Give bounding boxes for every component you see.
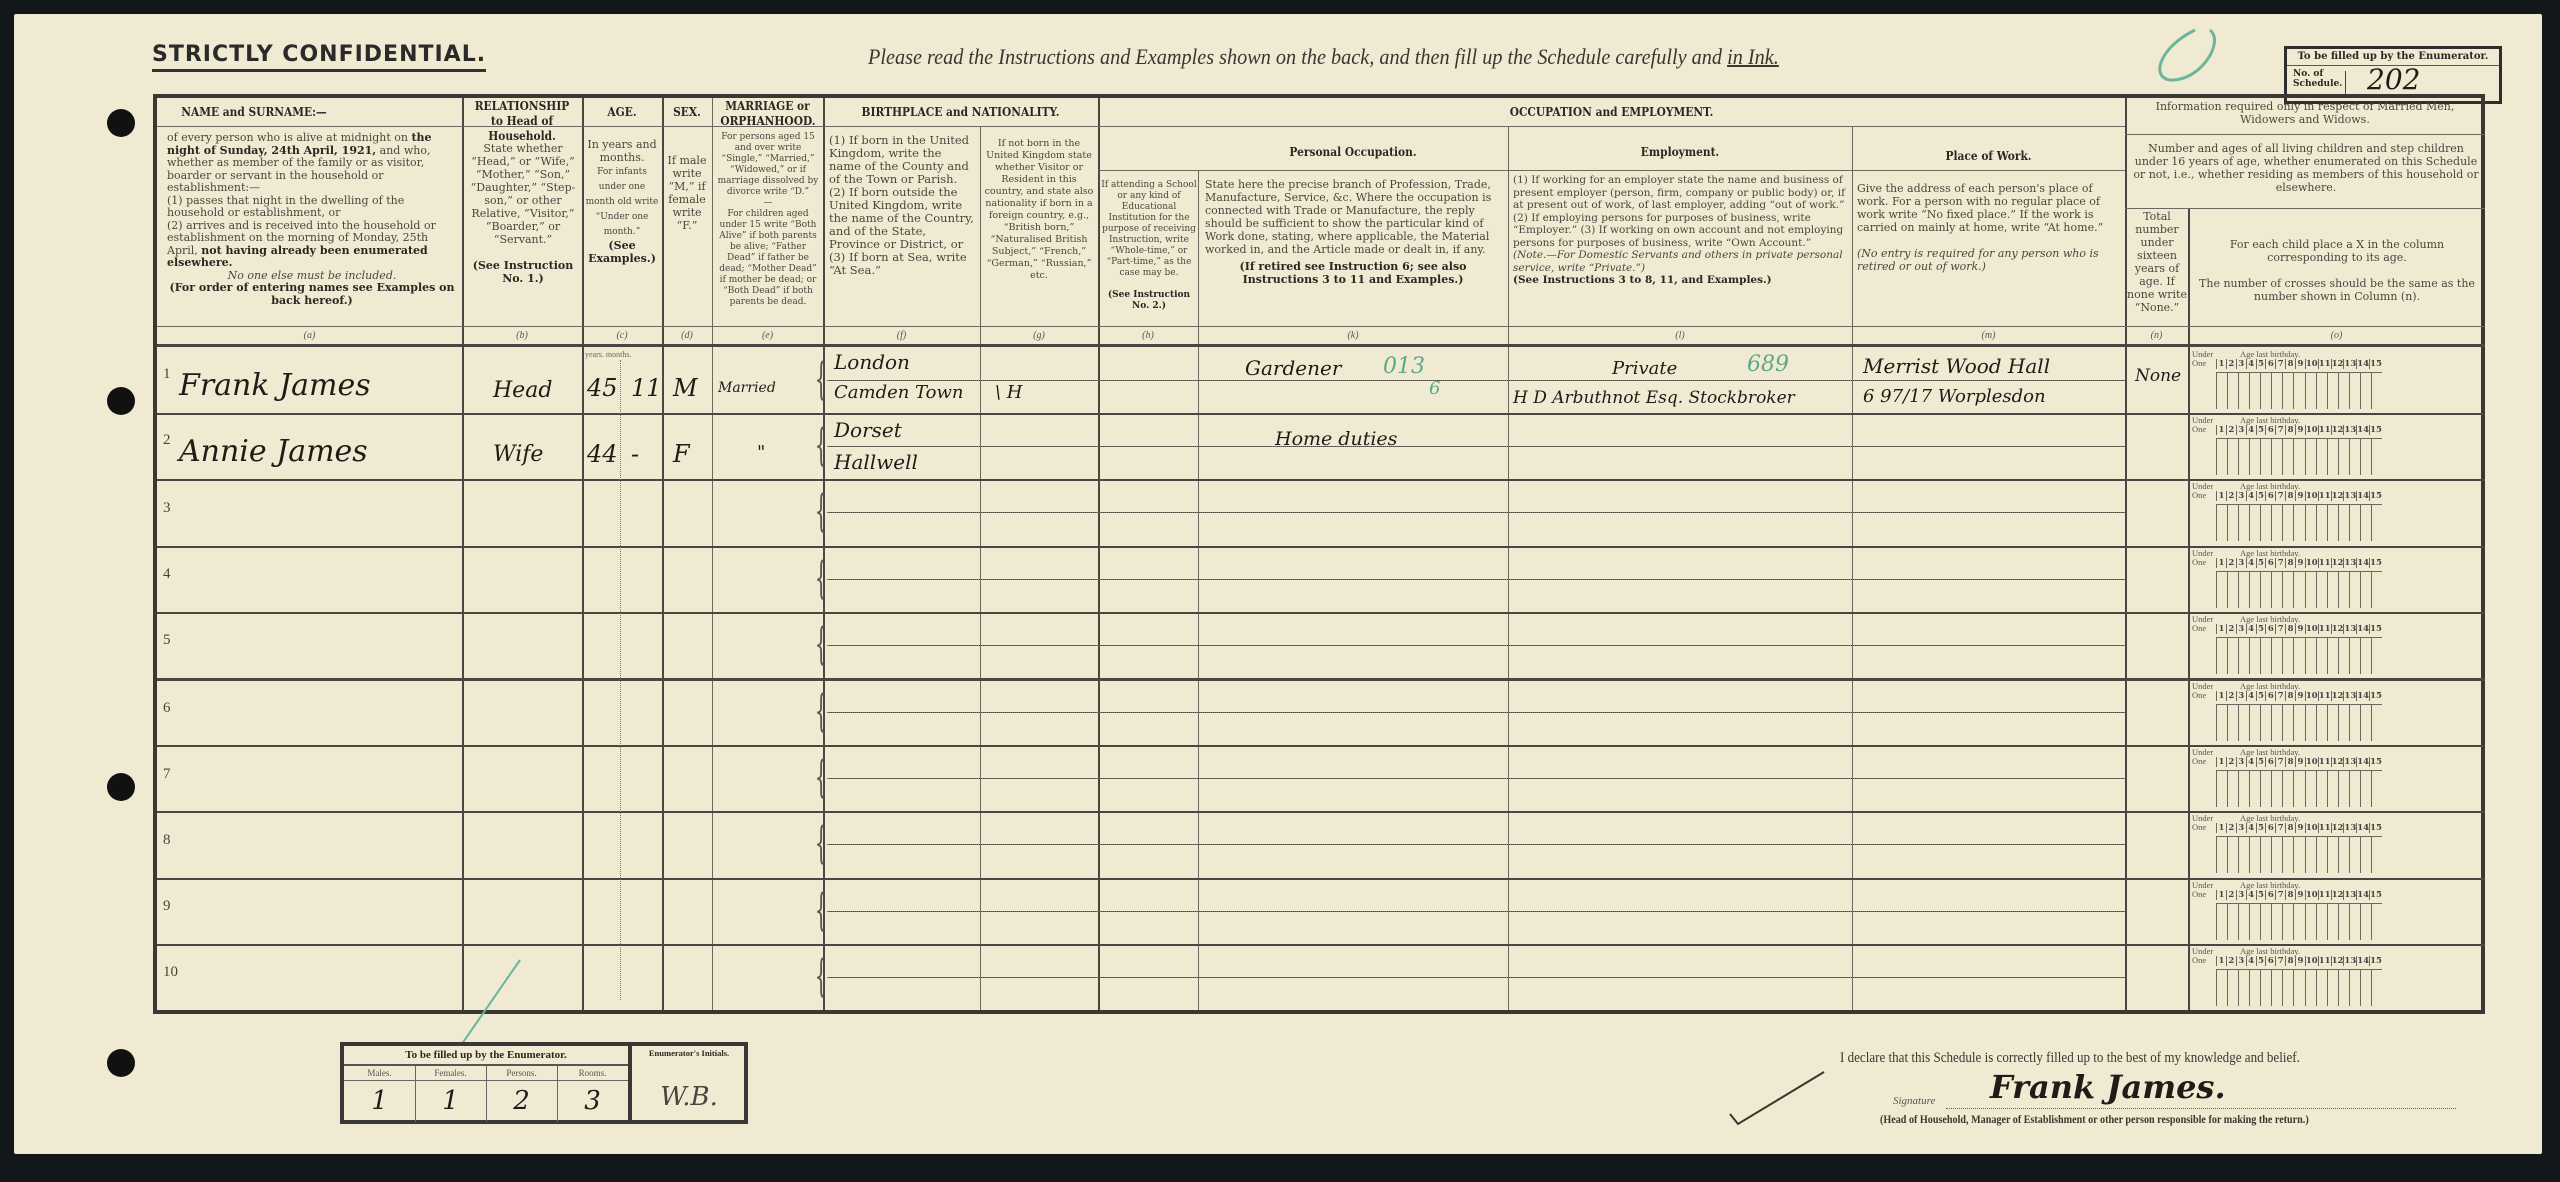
checkmark-icon [1728, 1068, 1828, 1128]
brace: { [815, 822, 828, 866]
row1-birthplace-mark: \ H [995, 382, 1022, 403]
children-age-grid[interactable]: UnderOneAge last birthday.12345678910111… [2190, 415, 2382, 479]
header-marriage: MARRIAGE or ORPHANHOOD. [720, 98, 814, 128]
row2-marriage[interactable]: " [757, 442, 765, 463]
column-letter-f: (f) [823, 330, 980, 341]
column-letter-d: (d) [662, 330, 712, 341]
column-letter-c: (c) [582, 330, 662, 341]
signature-label: Signature [1893, 1095, 1935, 1107]
row1-relationship[interactable]: Head [493, 378, 552, 403]
row2-relationship[interactable]: Wife [493, 442, 543, 467]
signature-line [1946, 1108, 2456, 1109]
occupation-instructions: State here the precise branch of Profess… [1205, 178, 1501, 286]
row1-employment[interactable]: Private [1612, 358, 1677, 379]
enumerator-tally-box: To be filled up by the Enumerator. Enume… [340, 1042, 748, 1124]
brace: { [815, 690, 828, 734]
dotted-guide [827, 712, 2125, 713]
row-number: 6 [163, 700, 171, 717]
row-divider [157, 612, 2485, 614]
row1-workplace-line1[interactable]: Merrist Wood Hall [1863, 354, 2050, 378]
row1-birthplace-county[interactable]: London [834, 350, 910, 374]
row1-age-years[interactable]: 45 [587, 374, 618, 402]
divider [157, 344, 2485, 347]
row1-workplace-line2[interactable]: 6 97/17 Worplesdon [1863, 386, 2046, 407]
enumerator-box-header: To be filled up by the Enumerator. [344, 1046, 628, 1066]
declaration-text: I declare that this Schedule is correctl… [1840, 1050, 2300, 1067]
divider [1098, 98, 1100, 1010]
row2-age-months[interactable]: - [631, 440, 639, 468]
dotted-guide [827, 977, 2125, 978]
row1-sex[interactable]: M [673, 374, 698, 402]
children-age-grid[interactable]: UnderOneAge last birthday.12345678910111… [2190, 813, 2382, 877]
rooms-label: Rooms. [557, 1068, 628, 1078]
header-married-info: Information required only in respect of … [2129, 100, 2481, 126]
column-letter-o: (o) [2188, 330, 2485, 341]
dotted-guide [827, 645, 2125, 646]
row-divider [157, 678, 2485, 681]
brace: { [815, 756, 828, 800]
row1-marriage[interactable]: Married [718, 380, 776, 396]
row1-birthplace-town[interactable]: Camden Town [834, 382, 964, 403]
dotted-guide [827, 446, 2125, 447]
punch-hole [107, 387, 135, 415]
row1-name[interactable]: Frank James [179, 368, 371, 403]
instruction-text: Please read the Instructions and Example… [868, 44, 1727, 69]
column-letter-a: (a) [157, 330, 462, 341]
name-instructions: of every person who is alive at midnight… [167, 132, 457, 307]
row-number: 7 [163, 766, 171, 783]
row1-occupation-code2: 6 [1429, 378, 1440, 399]
row-number: 10 [163, 964, 178, 981]
divider [2125, 134, 2485, 135]
in-ink-underlined: in Ink. [1727, 44, 1779, 69]
children-age-grid[interactable]: UnderOneAge last birthday.12345678910111… [2190, 880, 2382, 944]
age-instructions: In years and months.For infants under on… [585, 138, 659, 265]
females-label: Females. [415, 1068, 486, 1078]
brace: { [815, 889, 828, 933]
signature[interactable]: Frank James. [1990, 1068, 2226, 1106]
females-value[interactable]: 1 [415, 1086, 486, 1116]
persons-label: Persons. [486, 1068, 557, 1078]
children-age-grid[interactable]: UnderOneAge last birthday.12345678910111… [2190, 614, 2382, 678]
place-of-work-instructions: Give the address of each person's place … [1857, 182, 2119, 273]
children-age-grid[interactable]: UnderOneAge last birthday.12345678910111… [2190, 548, 2382, 612]
signature-caption: (Head of Household, Manager of Establish… [1880, 1114, 2309, 1126]
row2-name[interactable]: Annie James [179, 434, 368, 469]
brace: { [815, 623, 828, 667]
header-relationship: RELATIONSHIP to Head of Household. [468, 98, 575, 143]
marriage-instructions: For persons aged 15 and over write “Sing… [715, 132, 821, 308]
divider [462, 98, 464, 1010]
punch-hole [107, 773, 135, 801]
dotted-guide [620, 360, 621, 1000]
dotted-guide [827, 911, 2125, 912]
row-number: 5 [163, 632, 171, 649]
children-ages-instructions: For each child place a X in the column c… [2197, 238, 2477, 303]
children-age-grid[interactable]: UnderOneAge last birthday.12345678910111… [2190, 481, 2382, 545]
education-instructions: If attending a School or any kind of Edu… [1101, 180, 1197, 312]
column-letter-e: (e) [712, 330, 823, 341]
column-letter-b: (b) [462, 330, 582, 341]
relationship-instructions: State whether “Head,” or “Wife,” “Mother… [467, 142, 579, 285]
dotted-guide [827, 778, 2125, 779]
row-divider [157, 745, 2485, 747]
punch-hole [107, 109, 135, 137]
males-value[interactable]: 1 [344, 1086, 415, 1116]
row2-occupation[interactable]: Home duties [1275, 428, 1397, 450]
sex-instructions: If male write “M,” if female write “F.” [664, 154, 710, 232]
divider [582, 98, 584, 1010]
row-number: 8 [163, 832, 171, 849]
row1-employment-code: 689 [1747, 352, 1789, 377]
row-number: 2 [163, 432, 171, 449]
census-table: NAME and SURNAME:— RELATIONSHIP to Head … [153, 94, 2485, 1014]
row-divider [157, 413, 2485, 415]
row2-age-years[interactable]: 44 [587, 440, 618, 468]
row-divider [157, 878, 2485, 880]
column-letter-k: (k) [1198, 330, 1508, 341]
dotted-guide [827, 380, 2125, 381]
children-age-grid[interactable]: UnderOneAge last birthday.12345678910111… [2190, 681, 2382, 745]
row-number: 4 [163, 566, 171, 583]
column-letter-h: (h) [1098, 330, 1198, 341]
row2-sex[interactable]: F [673, 440, 690, 468]
brace: { [815, 557, 828, 601]
brace: { [815, 955, 828, 999]
column-letter-m: (m) [1852, 330, 2125, 341]
column-letter-g: (g) [980, 330, 1098, 341]
row1-occupation-code: 013 [1383, 354, 1425, 379]
divider [2345, 71, 2346, 95]
header-place-of-work: Place of Work. [1872, 148, 2104, 163]
children-age-grid[interactable]: UnderOneAge last birthday.12345678910111… [2190, 747, 2382, 811]
males-label: Males. [344, 1068, 415, 1078]
strictly-confidential-heading: STRICTLY CONFIDENTIAL. [152, 42, 486, 72]
header-occupation: OCCUPATION and EMPLOYMENT. [1175, 104, 2048, 119]
header-age: AGE. [588, 104, 656, 119]
row2-birthplace-town[interactable]: Hallwell [834, 450, 918, 474]
instruction-line: Please read the Instructions and Example… [868, 44, 1779, 70]
brace: { [815, 424, 828, 468]
divider [1098, 170, 2125, 171]
row1-children-total[interactable]: None [2135, 366, 2181, 386]
rooms-value[interactable]: 3 [557, 1086, 628, 1116]
birthplace-instructions: (1) If born in the United Kingdom, write… [829, 134, 977, 277]
dotted-guide [827, 579, 2125, 580]
nationality-instructions: If not born in the United Kingdom state … [983, 138, 1095, 282]
brace: { [815, 490, 828, 534]
row-number: 9 [163, 898, 171, 915]
header-children-info: Number and ages of all living children a… [2132, 142, 2480, 194]
children-age-grid[interactable]: UnderOneAge last birthday.12345678910111… [2190, 946, 2382, 1010]
punch-hole [107, 1049, 135, 1077]
row-divider [157, 811, 2485, 813]
row1-occupation[interactable]: Gardener [1245, 356, 1341, 380]
row2-birthplace-county[interactable]: Dorset [834, 418, 902, 442]
dotted-guide [827, 512, 2125, 513]
dotted-guide [827, 844, 2125, 845]
row-number: 3 [163, 500, 171, 517]
divider [712, 98, 713, 1010]
column-letter-l: (l) [1508, 330, 1852, 341]
row-divider [157, 546, 2485, 548]
header-name: NAME and SURNAME:— [173, 104, 352, 119]
schedule-number-value[interactable]: 202 [2367, 63, 2420, 96]
header-employment: Employment. [1534, 144, 1826, 159]
initials-header: Enumerator's Initials. [634, 1048, 744, 1058]
children-total-instructions: Total number under sixteen years of age.… [2127, 210, 2187, 314]
row-divider [157, 944, 2485, 946]
divider [662, 98, 664, 1010]
header-sex: SEX. [666, 104, 709, 119]
employment-instructions: (1) If working for an employer state the… [1513, 174, 1847, 287]
persons-value[interactable]: 2 [486, 1086, 557, 1116]
column-letter-n: (n) [2125, 330, 2188, 341]
row-divider [157, 479, 2485, 481]
divider [1198, 170, 1199, 1010]
green-circle-mark-icon [2150, 22, 2230, 92]
row1-employer[interactable]: H D Arbuthnot Esq. Stockbroker [1513, 388, 1795, 408]
divider [628, 1046, 632, 1122]
row1-age-months[interactable]: 11 [631, 374, 662, 402]
brace: { [815, 358, 828, 402]
header-personal-occupation: Personal Occupation. [1221, 144, 1485, 159]
schedule-number-label: No. ofSchedule. [2293, 69, 2342, 89]
header-birthplace: BIRTHPLACE and NATIONALITY. [844, 104, 1078, 119]
divider [157, 126, 2125, 127]
age-sublabel: years. months. [585, 350, 631, 359]
enumerator-initials[interactable]: W.B. [634, 1082, 744, 1112]
divider [2125, 208, 2485, 209]
row-number: 1 [163, 366, 171, 383]
divider [157, 326, 2485, 327]
children-age-grid[interactable]: UnderOneAge last birthday.12345678910111… [2190, 349, 2382, 413]
